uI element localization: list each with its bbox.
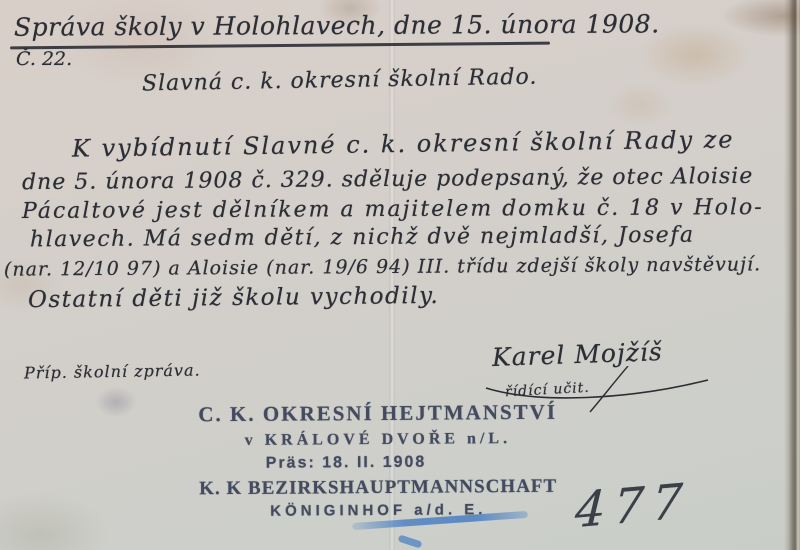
stamp-line-2: v KRÁLOVÉ DVOŘE n/L. xyxy=(168,430,588,451)
blue-pencil-mark xyxy=(398,534,423,548)
reference-number: Č. 22. xyxy=(16,48,72,70)
scanned-letter: Správa školy v Holohlavech, dne 15. únor… xyxy=(0,0,800,550)
salutation: Slavná c. k. okresní školní Rado. xyxy=(142,65,538,97)
paper-edge-shadow xyxy=(784,0,800,550)
sender-date-line: Správa školy v Holohlavech, dne 15. únor… xyxy=(14,9,660,41)
body-line: Ostatní děti již školu vychodily. xyxy=(28,283,440,313)
stamp-line-1: C. K. OKRESNÍ HEJTMANSTVÍ xyxy=(168,400,588,428)
body-line: K vybídnutí Slavné c. k. okresní školní … xyxy=(72,125,735,162)
body-line: hlavech. Má sedm dětí, z nichž dvě nejml… xyxy=(30,223,695,253)
stamp-line-4: K. K BEZIRKSHAUPTMANNSCHAFT xyxy=(168,476,588,501)
body-line: Pácaltové jest dělníkem a majitelem domk… xyxy=(22,195,764,224)
enclosure-note: Příp. školní zpráva. xyxy=(24,360,201,382)
official-stamp: C. K. OKRESNÍ HEJTMANSTVÍ v KRÁLOVÉ DVOŘ… xyxy=(168,400,589,521)
body-line: dne 5. února 1908 č. 329. sděluje podeps… xyxy=(22,164,754,195)
filing-number-pencil: 477 xyxy=(574,473,692,540)
stamp-line-3: Präs: 18. II. 1908 xyxy=(136,453,556,474)
body-line: (nar. 12/10 97) a Aloisie (nar. 19/6 94)… xyxy=(4,253,761,280)
header-underline xyxy=(10,42,550,49)
